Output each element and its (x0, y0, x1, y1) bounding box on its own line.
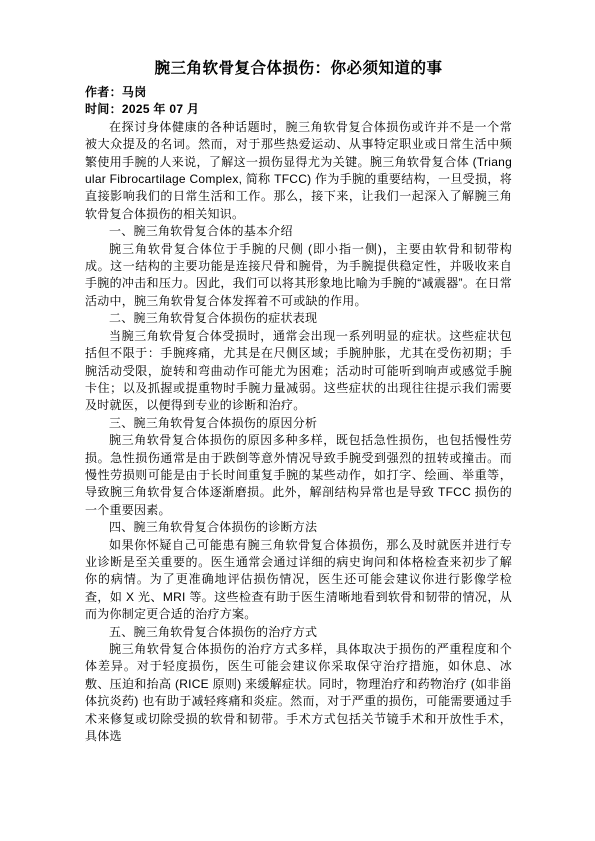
section-paragraph-1: 腕三角软骨复合体位于手腕的尺侧 (即小指一侧)，主要由软骨和韧带构成。这一结构的… (85, 241, 512, 311)
section-heading-5: 五、腕三角软骨复合体损伤的治疗方式 (85, 624, 512, 641)
author-line: 作者：马岗 (85, 84, 512, 101)
section-paragraph-4: 如果你怀疑自己可能患有腕三角软骨复合体损伤，那么及时就医并进行专业诊断是至关重要… (85, 537, 512, 624)
date-line: 时间：2025 年 07 月 (85, 101, 512, 118)
section-heading-4: 四、腕三角软骨复合体损伤的诊断方法 (85, 519, 512, 536)
document-page: 腕三角软骨复合体损伤：你必须知道的事 作者：马岗 时间：2025 年 07 月 … (0, 0, 595, 841)
section-paragraph-2: 当腕三角软骨复合体受损时，通常会出现一系列明显的症状。这些症状包括但不限于：手腕… (85, 328, 512, 415)
author-label: 作者： (85, 85, 122, 99)
section-heading-2: 二、腕三角软骨复合体损伤的症状表现 (85, 310, 512, 327)
author-value: 马岗 (122, 85, 147, 99)
date-label: 时间： (85, 102, 122, 116)
date-value: 2025 年 07 月 (122, 102, 199, 116)
section-heading-3: 三、腕三角软骨复合体损伤的原因分析 (85, 415, 512, 432)
section-paragraph-3: 腕三角软骨复合体损伤的原因多种多样，既包括急性损伤，也包括慢性劳损。急性损伤通常… (85, 432, 512, 519)
intro-paragraph: 在探讨身体健康的各种话题时，腕三角软骨复合体损伤或许并不是一个常被大众提及的名词… (85, 119, 512, 223)
section-heading-1: 一、腕三角软骨复合体的基本介绍 (85, 223, 512, 240)
article-title: 腕三角软骨复合体损伤：你必须知道的事 (85, 57, 512, 80)
section-paragraph-5: 腕三角软骨复合体损伤的治疗方式多样，具体取决于损伤的严重程度和个体差异。对于轻度… (85, 641, 512, 745)
